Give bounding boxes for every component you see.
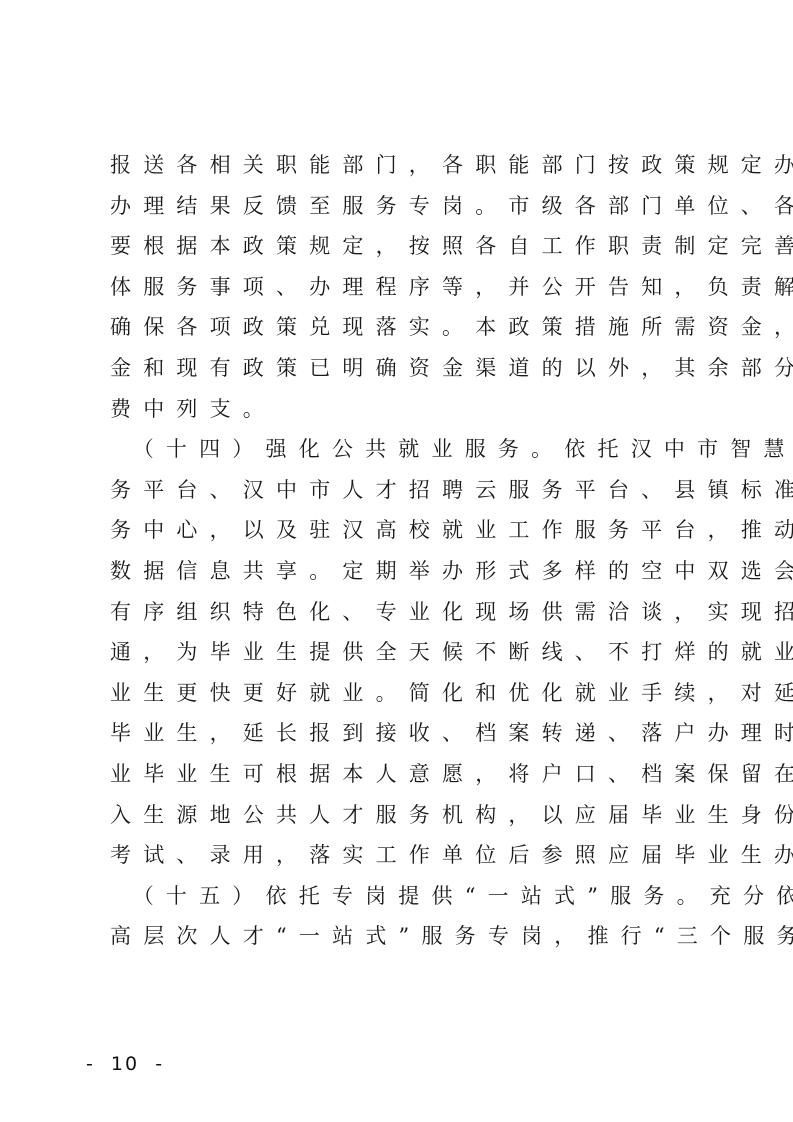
text-line: 入生源地公共人才服务机构，以应届毕业生身份参加用人单位 — [110, 795, 690, 836]
text-line: 金和现有政策已明确资金渠道的以外，其余部分从人才专项经 — [110, 348, 690, 389]
text-line: 务中心，以及驻汉高校就业工作服务平台，推动各类就业创业 — [110, 510, 690, 551]
text-line: 数据信息共享。定期举办形式多样的空中双选会和云招聘会， — [110, 551, 690, 592]
text-line: 务平台、汉中市人才招聘云服务平台、县镇标准化就业创业服 — [110, 470, 690, 511]
text-line: 业生更快更好就业。简化和优化就业手续，对延迟毕业的高校 — [110, 673, 690, 714]
text-line: 高层次人才“一站式”服务专岗，推行“三个服务”模式，“事前” — [110, 916, 690, 957]
text-line: 体服务事项、办理程序等，并公开告知，负责解释相关条款， — [110, 267, 690, 308]
text-line: 要根据本政策规定，按照各自工作职责制定完善实施细则、具 — [110, 226, 690, 267]
text-line: 毕业生，延长报到接收、档案转递、落户办理时限。离校未就 — [110, 713, 690, 754]
text-line: 业毕业生可根据本人意愿，将户口、档案保留在学校2年或转 — [110, 754, 690, 795]
body-text: 报送各相关职能部门，各职能部门按政策规定办理，并及时将 办理结果反馈至服务专岗。… — [110, 145, 690, 957]
text-line: 报送各相关职能部门，各职能部门按政策规定办理，并及时将 — [110, 145, 690, 186]
text-line: 办理结果反馈至服务专岗。市级各部门单位、各县区、开发区 — [110, 186, 690, 227]
section-15-heading-line: （十五）依托专岗提供“一站式”服务。充分依托已建立的 — [110, 876, 690, 917]
section-14-heading-line: （十四）强化公共就业服务。依托汉中市智慧就业公共服 — [110, 429, 690, 470]
text-line: 通，为毕业生提供全天候不断线、不打烊的就业服务，助力毕 — [110, 632, 690, 673]
text-line: 考试、录用，落实工作单位后参照应届毕业生办理相关手续。 — [110, 835, 690, 876]
text-line: 费中列支。 — [110, 389, 690, 430]
text-line: 确保各项政策兑现落实。本政策措施所需资金，除上级补助资 — [110, 307, 690, 348]
page-number: - 10 - — [86, 1053, 164, 1075]
document-page: 报送各相关职能部门，各职能部门按政策规定办理，并及时将 办理结果反馈至服务专岗。… — [0, 0, 793, 1122]
text-line: 有序组织特色化、专业化现场供需洽谈，实现招聘信息互联互 — [110, 592, 690, 633]
